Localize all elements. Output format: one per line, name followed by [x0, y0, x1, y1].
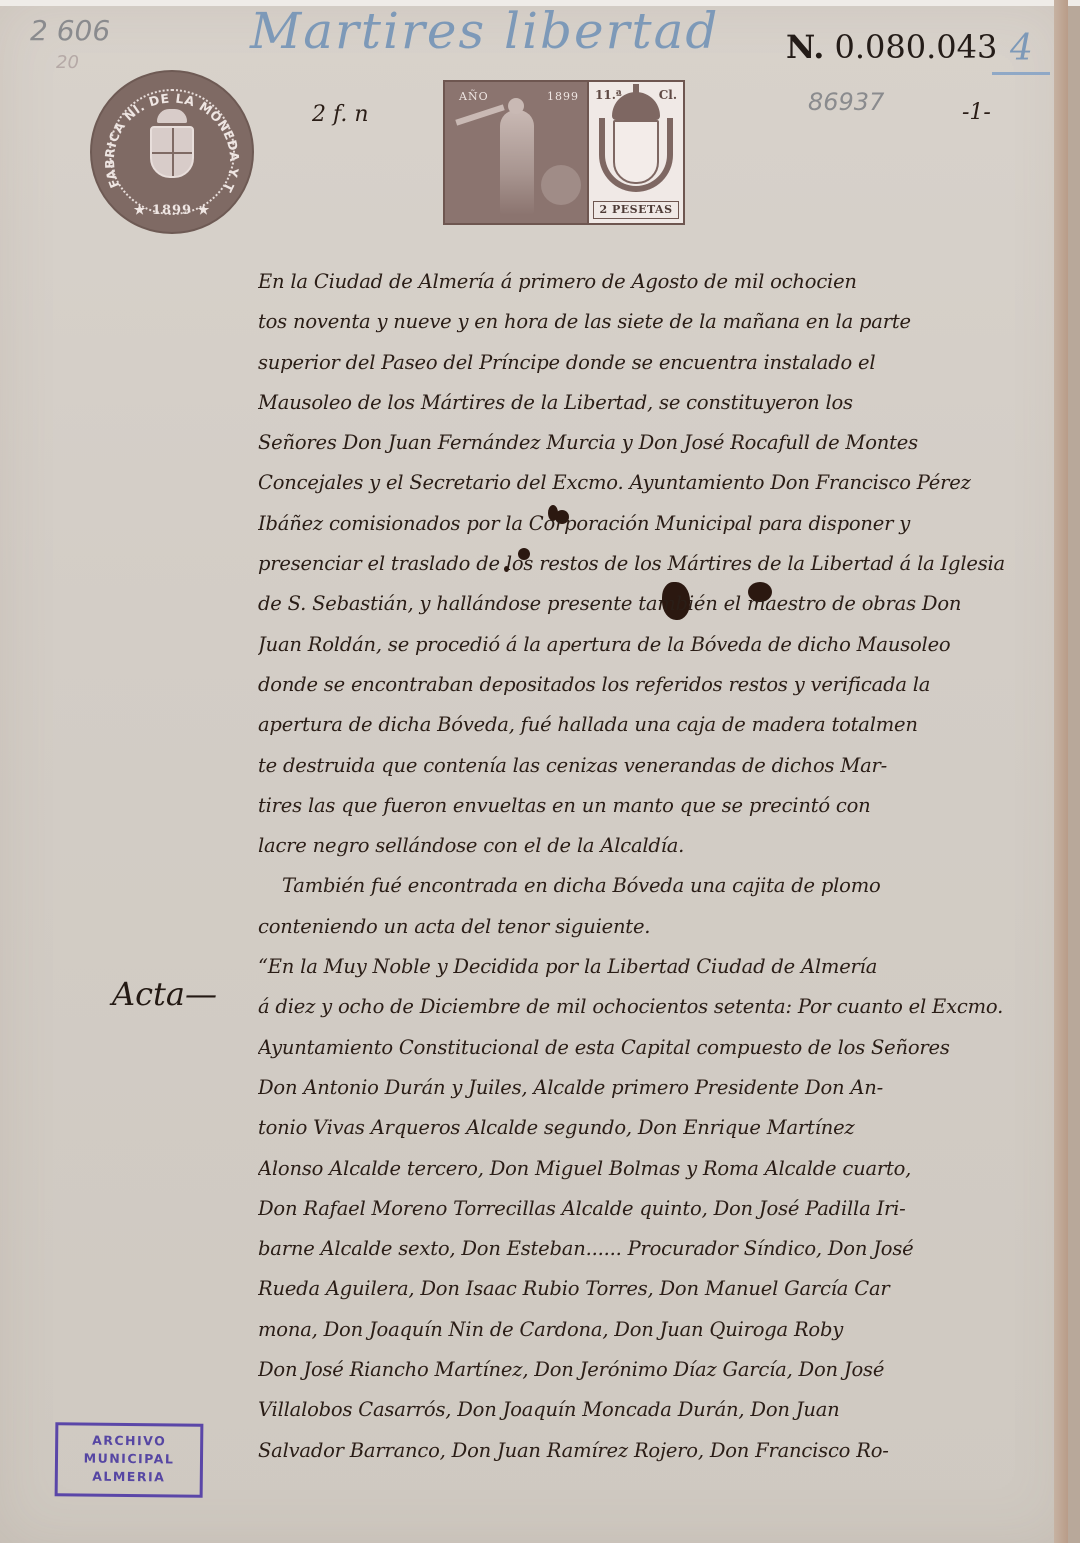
blue-page-number: 4: [1010, 28, 1033, 69]
body-line: Señores Don Juan Fernández Murcia y Don …: [258, 423, 1048, 463]
folio-mark: -1-: [962, 100, 991, 125]
acta-line: Don José Riancho Martínez, Don Jerónimo …: [258, 1350, 1048, 1390]
body-line: Mausoleo de los Mártires de la Libertad,…: [258, 383, 1048, 423]
body-line: Concejales y el Secretario del Excmo. Ay…: [258, 463, 1048, 503]
pencil-reference-number: 86937: [808, 88, 884, 116]
acta-line: “En la Muy Noble y Decidida por la Liber…: [258, 947, 1048, 987]
archive-stamp: ARCHIVO MUNICIPAL ALMERIA: [55, 1422, 204, 1498]
acta-line: barne Alcalde sexto, Don Esteban...... P…: [258, 1229, 1048, 1269]
stamp-year-value: 1899: [547, 90, 579, 103]
body-line: apertura de dicha Bóveda, fué hallada un…: [258, 705, 1048, 745]
blue-crayon-title: Martires libertad: [250, 2, 719, 60]
coat-of-arms-icon: [150, 126, 194, 178]
handwritten-body: En la Ciudad de Almería á primero de Ago…: [258, 262, 1048, 1471]
archive-stamp-line: ARCHIVO: [58, 1431, 200, 1450]
stamp-allegory-panel: AÑO 1899: [445, 82, 589, 223]
ink-note: 2 f. n: [312, 102, 369, 127]
body-line: En la Ciudad de Almería á primero de Ago…: [258, 262, 1048, 302]
acta-line: Ayuntamiento Constitucional de esta Capi…: [258, 1028, 1048, 1068]
serial-number: N. 0.080.043: [786, 28, 997, 66]
seal-year: ★ 1899 ★: [92, 203, 252, 218]
serial-prefix: N.: [786, 28, 824, 66]
margin-dash: —: [185, 975, 217, 1013]
paper-right-edge: [1054, 0, 1068, 1543]
body-line: te destruida que contenía las cenizas ve…: [258, 746, 1048, 786]
acta-margin-label: Acta—: [112, 975, 217, 1013]
acta-line: mona, Don Joaquín Nin de Cardona, Don Ju…: [258, 1310, 1048, 1350]
seal-inner-ring: [109, 89, 235, 215]
body-line: También fué encontrada en dicha Bóveda u…: [258, 866, 1048, 906]
stamp-price: 2 PESETAS: [593, 201, 679, 219]
serial-digits: 0.080.043: [835, 28, 998, 66]
stamp-value-panel: 11.ª Cl. 2 PESETAS: [589, 82, 683, 223]
stamp-class-suffix: Cl.: [659, 88, 677, 102]
document-page: 2 606 20 Martires libertad 4 86937 -1- 2…: [0, 0, 1068, 1543]
body-line: lacre negro sellándose con el de la Alca…: [258, 826, 1048, 866]
body-line: tires las que fueron envueltas en un man…: [258, 786, 1048, 826]
acta-line: Rueda Aguilera, Don Isaac Rubio Torres, …: [258, 1269, 1048, 1309]
body-line: Juan Roldán, se procedió á la apertura d…: [258, 625, 1048, 665]
blue-underline: [992, 72, 1050, 75]
lion-icon: [541, 165, 581, 205]
acta-line: Don Antonio Durán y Juiles, Alcalde prim…: [258, 1068, 1048, 1108]
body-line: presenciar el traslado de los restos de …: [258, 544, 1048, 584]
archive-stamp-line: ALMERIA: [58, 1467, 200, 1486]
body-line: tos noventa y nueve y en hora de las sie…: [258, 302, 1048, 342]
acta-line: tonio Vivas Arqueros Alcalde segundo, Do…: [258, 1108, 1048, 1148]
crown-icon: [157, 109, 187, 123]
acta-line: Alonso Alcalde tercero, Don Miguel Bolma…: [258, 1149, 1048, 1189]
body-line: superior del Paseo del Príncipe donde se…: [258, 343, 1048, 383]
blank-shield-icon: [613, 120, 659, 184]
body-line: Ibáñez comisionados por la Corporación M…: [258, 504, 1048, 544]
acta-margin-text: Acta: [112, 975, 185, 1013]
archive-stamp-line: MUNICIPAL: [58, 1449, 200, 1468]
acta-line: á diez y ocho de Diciembre de mil ochoci…: [258, 987, 1048, 1027]
mint-seal: FABRICA Nl. DE LA MONEDA Y TIMBRE ★ 1899…: [90, 70, 254, 234]
revenue-stamp: AÑO 1899 11.ª Cl. 2 PESETAS: [443, 80, 685, 225]
pencil-catalog-mark: 2 606: [30, 14, 110, 47]
pencil-sub-mark: 20: [56, 52, 79, 73]
stamp-year-label: AÑO: [459, 90, 489, 103]
acta-line: Salvador Barranco, Don Juan Ramírez Roje…: [258, 1431, 1048, 1471]
acta-line: Villalobos Casarrós, Don Joaquín Moncada…: [258, 1390, 1048, 1430]
body-line: de S. Sebastián, y hallándose presente t…: [258, 584, 1048, 624]
body-line: donde se encontraban depositados los ref…: [258, 665, 1048, 705]
allegorical-figure-icon: [500, 110, 534, 215]
body-line: conteniendo un acta del tenor siguiente.: [258, 907, 1048, 947]
figure-arm-icon: [455, 104, 504, 125]
acta-line: Don Rafael Moreno Torrecillas Alcalde qu…: [258, 1189, 1048, 1229]
